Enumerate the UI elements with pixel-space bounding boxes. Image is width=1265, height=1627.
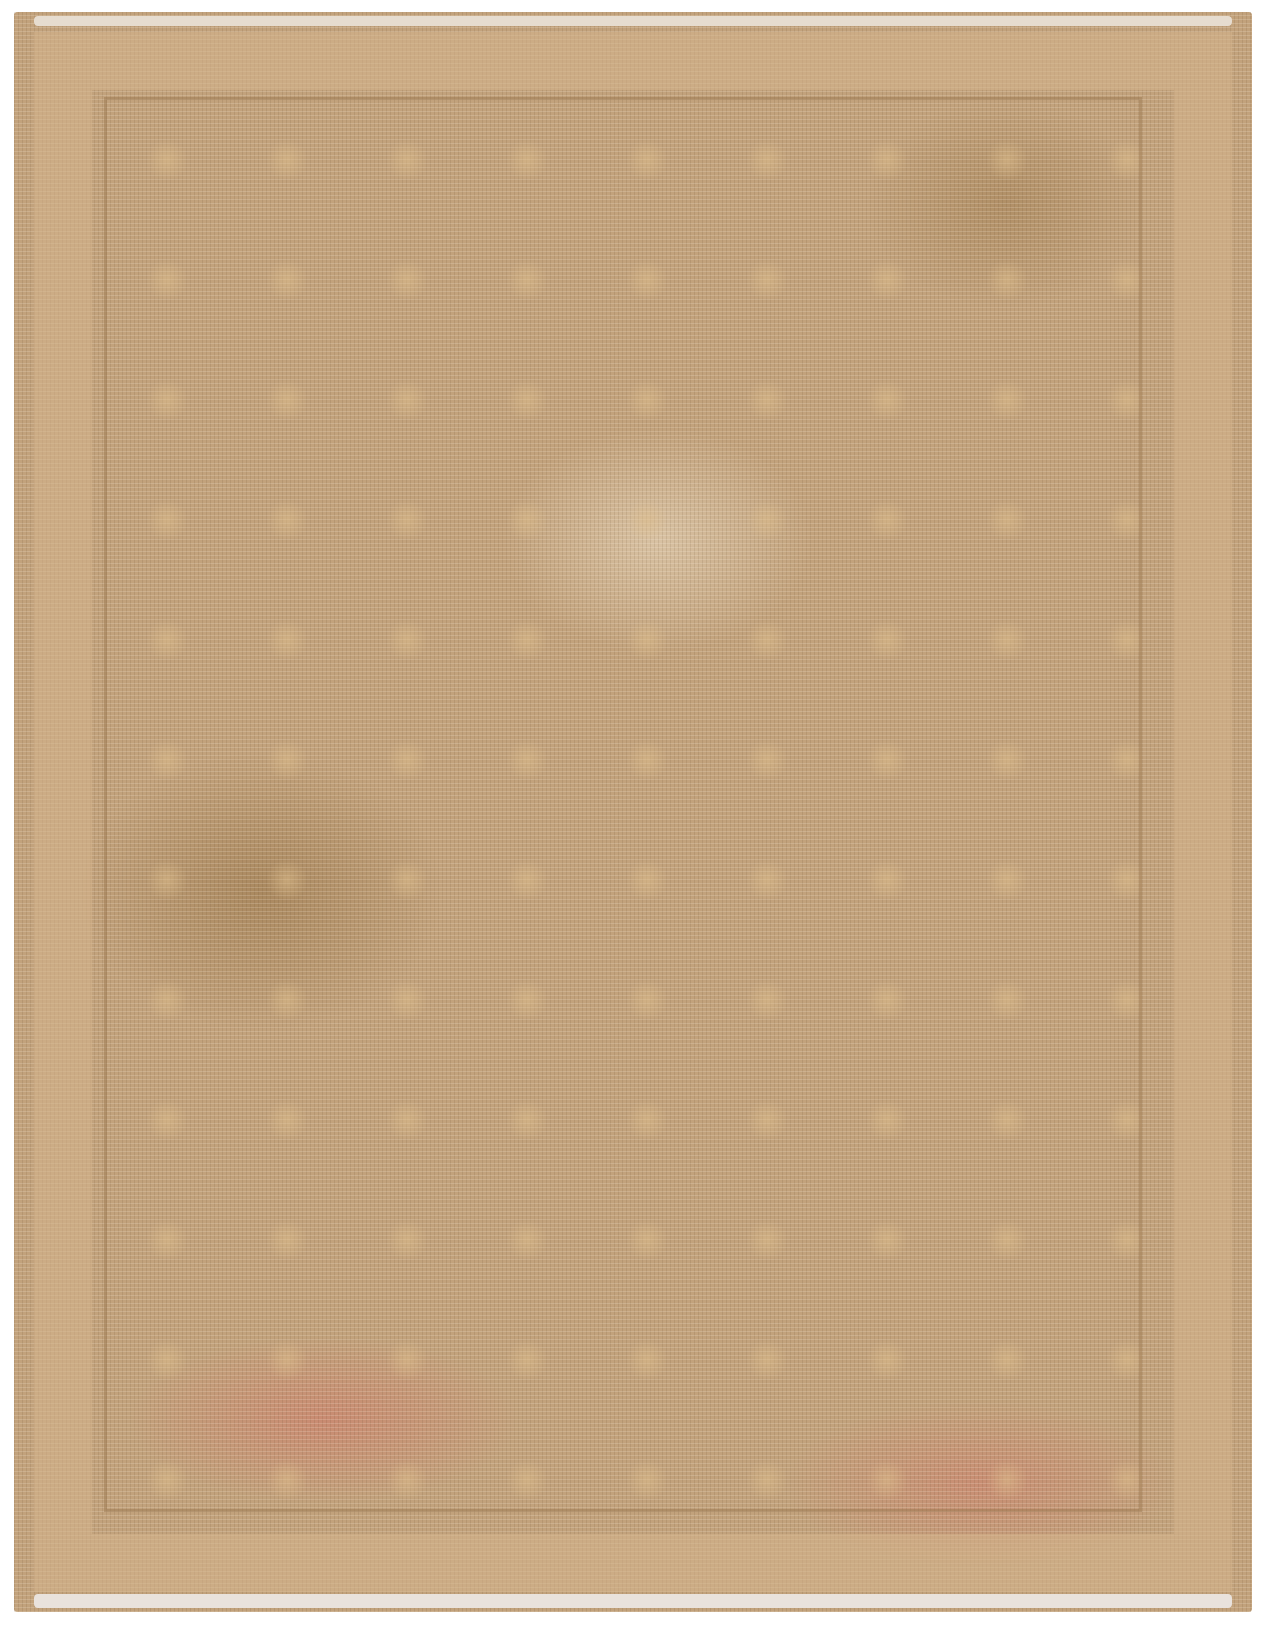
- rug-fringe-top: [34, 16, 1232, 26]
- rug-field-pattern: [104, 97, 1142, 1512]
- rug-fringe-bottom: [34, 1594, 1232, 1608]
- rug-photo: [14, 12, 1252, 1612]
